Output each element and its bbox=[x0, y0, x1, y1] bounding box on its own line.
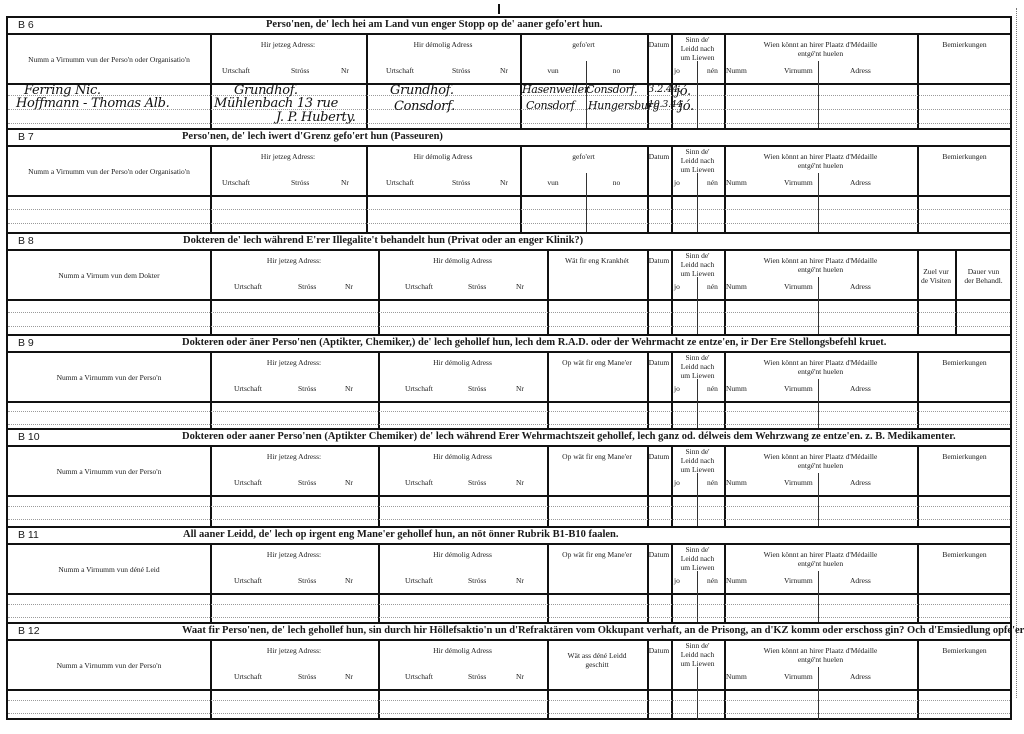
col-name: Numm a Virnumm vun der Perso'n bbox=[8, 661, 210, 670]
col-duration-1: Dauer vun bbox=[955, 267, 1012, 276]
section-b10: B 10 Dokteren oder aaner Perso'nen (Apti… bbox=[6, 428, 1012, 526]
col-medal-firstname: Virnumm bbox=[784, 178, 813, 187]
col-number: Nr bbox=[516, 282, 524, 291]
col-no: nén bbox=[707, 66, 718, 75]
col-alive-1: Sinn de' bbox=[671, 251, 724, 260]
col-alive-1: Sinn de' bbox=[671, 641, 724, 650]
col-street: Stróss bbox=[298, 384, 316, 393]
col-what-happened-2: geschitt bbox=[547, 660, 647, 669]
section-b9: B 9 Dokteren oder äner Perso'nen (Aptikt… bbox=[6, 334, 1012, 428]
col-to: no bbox=[586, 66, 647, 75]
entry-rows[interactable] bbox=[8, 301, 1010, 336]
col-name: Numm a Virnum vun dem Dokter bbox=[8, 271, 210, 280]
col-name: Numm a Virnumm vun der Perso'n bbox=[8, 373, 210, 382]
column-header: Numm a Virnumm vun der Perso'n Hir jetze… bbox=[8, 353, 1010, 403]
col-medal-surname: Numm bbox=[726, 384, 747, 393]
section-b11: B 11 All aaner Leidd, de' lech op irgent… bbox=[6, 526, 1012, 622]
entry-rows[interactable] bbox=[8, 403, 1010, 430]
col-visits-2: de Visiten bbox=[917, 276, 955, 285]
col-medal-surname: Numm bbox=[726, 178, 747, 187]
col-medal-surname: Numm bbox=[726, 672, 747, 681]
entry-2-current-street[interactable]: J. P. Huberty. bbox=[276, 110, 356, 125]
section-title: Perso'nen, de' lech hei am Land vun enge… bbox=[266, 19, 603, 30]
col-medal-1: Wien könnt an hirer Plaatz d'Médaille bbox=[724, 358, 917, 367]
col-manner: Op wät fir eng Mane'er bbox=[547, 452, 647, 461]
col-name: Numm a Virnumm vun déné Leid bbox=[8, 565, 210, 574]
col-medal-firstname: Virnumm bbox=[784, 576, 813, 585]
entry-2-date[interactable]: 10.3.44 bbox=[648, 99, 682, 110]
entry-1-former-locality[interactable]: Grundhof. bbox=[390, 83, 454, 98]
column-header: Numm a Virnumm vun der Perso'n oder Orga… bbox=[8, 147, 1010, 197]
col-date: Datum bbox=[647, 550, 671, 559]
col-number: Nr bbox=[345, 478, 353, 487]
perforation-line bbox=[1016, 8, 1018, 698]
entry-1-to[interactable]: Consdorf. bbox=[586, 83, 637, 96]
col-locality: Urtschaft bbox=[405, 478, 433, 487]
col-alive-2: Leidd nach bbox=[671, 362, 724, 371]
col-no: nén bbox=[707, 178, 718, 187]
col-alive-1: Sinn de' bbox=[671, 353, 724, 362]
col-medal-2: entgé'nt huelen bbox=[724, 559, 917, 568]
entry-1-from[interactable]: Hasenweiler bbox=[522, 83, 589, 96]
col-yes: jo bbox=[674, 478, 680, 487]
col-alive-2: Leidd nach bbox=[671, 554, 724, 563]
col-alive-1: Sinn de' bbox=[671, 545, 724, 554]
col-former-address: Hir démolig Adress bbox=[378, 550, 547, 559]
col-number: Nr bbox=[516, 478, 524, 487]
col-street: Stróss bbox=[468, 282, 486, 291]
col-medal-address: Adress bbox=[850, 576, 871, 585]
col-alive-1: Sinn de' bbox=[671, 147, 724, 156]
section-title: Dokteren oder äner Perso'nen (Aptikter, … bbox=[182, 337, 886, 348]
col-from: vun bbox=[520, 178, 586, 187]
col-number: Nr bbox=[500, 66, 508, 75]
col-locality: Urtschaft bbox=[386, 178, 414, 187]
col-no: nén bbox=[707, 576, 718, 585]
column-header: Numm a Virnumm vun der Perso'n Hir jetze… bbox=[8, 447, 1010, 497]
col-medal-2: entgé'nt huelen bbox=[724, 161, 917, 170]
col-illness: Wät fir eng Krankhét bbox=[547, 256, 647, 265]
col-street: Stróss bbox=[452, 66, 470, 75]
col-street: Stróss bbox=[468, 478, 486, 487]
entry-2-name[interactable]: Hoffmann - Thomas Alb. bbox=[16, 96, 169, 111]
col-guided: gefo'ert bbox=[520, 152, 647, 161]
col-what-happened-1: Wät ass déné Leidd bbox=[547, 651, 647, 660]
entry-2-former-locality[interactable]: Consdorf. bbox=[394, 99, 455, 114]
col-locality: Urtschaft bbox=[386, 66, 414, 75]
entry-rows: Ferring Nic. Hoffmann - Thomas Alb. Grun… bbox=[8, 85, 1010, 130]
section-b7: B 7 Perso'nen, de' lech iwert d'Grenz ge… bbox=[6, 128, 1012, 232]
col-alive-1: Sinn de' bbox=[671, 35, 724, 44]
col-manner: Op wät fir eng Mane'er bbox=[547, 358, 647, 367]
col-yes: jo bbox=[674, 384, 680, 393]
column-header: Numm a Virnumm vun der Perso'n Hir jetze… bbox=[8, 641, 1010, 691]
col-guided: gefo'ert bbox=[520, 40, 647, 49]
col-locality: Urtschaft bbox=[405, 282, 433, 291]
col-medal-2: entgé'nt huelen bbox=[724, 49, 917, 58]
entry-rows[interactable] bbox=[8, 595, 1010, 624]
entry-rows[interactable] bbox=[8, 197, 1010, 234]
entry-2-alive-yes[interactable]: jó. bbox=[679, 99, 694, 114]
col-current-address: Hir jetzeg Adress: bbox=[210, 646, 378, 655]
col-current-address: Hir jetzeg Adress: bbox=[210, 358, 378, 367]
section-b8: B 8 Dokteren de' lech während E'rer Ille… bbox=[6, 232, 1012, 334]
col-medal-surname: Numm bbox=[726, 66, 747, 75]
col-medal-2: entgé'nt huelen bbox=[724, 461, 917, 470]
col-former-address: Hir démolig Adress bbox=[366, 152, 520, 161]
col-name: Numm a Virnumm vun der Perso'n oder Orga… bbox=[8, 167, 210, 176]
col-duration-2: der Behandl. bbox=[955, 276, 1012, 285]
col-number: Nr bbox=[345, 384, 353, 393]
section-code: B 9 bbox=[18, 337, 34, 349]
col-medal-1: Wien könnt an hirer Plaatz d'Médaille bbox=[724, 646, 917, 655]
col-remarks: Bemierkungen bbox=[917, 646, 1012, 655]
col-street: Stróss bbox=[298, 576, 316, 585]
section-code: B 10 bbox=[18, 431, 40, 443]
col-no: nén bbox=[707, 478, 718, 487]
col-locality: Urtschaft bbox=[234, 384, 262, 393]
col-medal-surname: Numm bbox=[726, 576, 747, 585]
col-medal-firstname: Virnumm bbox=[784, 384, 813, 393]
section-b12: B 12 Waat fir Perso'nen, de' lech geholl… bbox=[6, 622, 1012, 720]
section-code: B 8 bbox=[18, 235, 34, 247]
col-date: Datum bbox=[647, 646, 671, 655]
col-yes: jo bbox=[674, 178, 680, 187]
col-locality: Urtschaft bbox=[234, 672, 262, 681]
col-current-address: Hir jetzeg Adress: bbox=[210, 256, 378, 265]
col-date: Datum bbox=[647, 152, 671, 161]
col-medal-2: entgé'nt huelen bbox=[724, 655, 917, 664]
col-locality: Urtschaft bbox=[222, 178, 250, 187]
page-top-mark bbox=[498, 4, 500, 14]
col-medal-address: Adress bbox=[850, 384, 871, 393]
section-code: B 12 bbox=[18, 625, 40, 637]
col-manner: Op wät fir eng Mane'er bbox=[547, 550, 647, 559]
col-date: Datum bbox=[647, 256, 671, 265]
col-number: Nr bbox=[500, 178, 508, 187]
col-name: Numm a Virnumm vun der Perso'n oder Orga… bbox=[8, 55, 210, 64]
col-number: Nr bbox=[516, 672, 524, 681]
col-remarks: Bemierkungen bbox=[917, 152, 1012, 161]
col-medal-address: Adress bbox=[850, 178, 871, 187]
col-medal-1: Wien könnt an hirer Plaatz d'Médaille bbox=[724, 256, 917, 265]
col-medal-address: Adress bbox=[850, 672, 871, 681]
col-street: Stróss bbox=[291, 66, 309, 75]
col-street: Stróss bbox=[298, 282, 316, 291]
col-locality: Urtschaft bbox=[234, 282, 262, 291]
section-code: B 6 bbox=[18, 19, 34, 31]
col-yes: jo bbox=[674, 282, 680, 291]
col-no: nén bbox=[707, 384, 718, 393]
col-current-address: Hir jetzeg Adress: bbox=[210, 452, 378, 461]
col-date: Datum bbox=[647, 358, 671, 367]
col-from: vun bbox=[520, 66, 586, 75]
col-medal-2: entgé'nt huelen bbox=[724, 367, 917, 376]
col-alive-2: Leidd nach bbox=[671, 650, 724, 659]
section-code: B 7 bbox=[18, 131, 34, 143]
col-former-address: Hir démolig Adress bbox=[378, 358, 547, 367]
col-street: Stróss bbox=[298, 478, 316, 487]
col-medal-firstname: Virnumm bbox=[784, 282, 813, 291]
col-medal-address: Adress bbox=[850, 282, 871, 291]
col-street: Stróss bbox=[468, 672, 486, 681]
col-name: Numm a Virnumm vun der Perso'n bbox=[8, 467, 210, 476]
col-number: Nr bbox=[516, 384, 524, 393]
col-remarks: Bemierkungen bbox=[917, 40, 1012, 49]
col-medal-surname: Numm bbox=[726, 282, 747, 291]
section-title: All aaner Leidd, de' lech op irgent eng … bbox=[183, 529, 618, 540]
section-code: B 11 bbox=[18, 529, 39, 541]
col-date: Datum bbox=[647, 452, 671, 461]
col-yes: jo bbox=[674, 66, 680, 75]
entry-1-alive-yes[interactable]: jó. bbox=[676, 84, 691, 99]
col-remarks: Bemierkungen bbox=[917, 550, 1012, 559]
col-yes: jo bbox=[674, 576, 680, 585]
col-medal-address: Adress bbox=[850, 66, 871, 75]
col-street: Stróss bbox=[298, 672, 316, 681]
col-former-address: Hir démolig Adress bbox=[378, 452, 547, 461]
form-page: B 6 Perso'nen, de' lech hei am Land vun … bbox=[0, 0, 1024, 734]
col-street: Stróss bbox=[468, 384, 486, 393]
col-alive-1: Sinn de' bbox=[671, 447, 724, 456]
col-remarks: Bemierkungen bbox=[917, 452, 1012, 461]
column-header: Numm a Virnum vun dem Dokter Hir jetzeg … bbox=[8, 251, 1010, 301]
col-alive-2: Leidd nach bbox=[671, 44, 724, 53]
col-no: nén bbox=[707, 282, 718, 291]
col-medal-2: entgé'nt huelen bbox=[724, 265, 917, 274]
col-locality: Urtschaft bbox=[222, 66, 250, 75]
col-medal-1: Wien könnt an hirer Plaatz d'Médaille bbox=[724, 452, 917, 461]
col-remarks: Bemierkungen bbox=[917, 358, 1012, 367]
col-number: Nr bbox=[341, 66, 349, 75]
col-date: Datum bbox=[647, 40, 671, 49]
col-medal-firstname: Virnumm bbox=[784, 66, 813, 75]
col-visits-1: Zuel vur bbox=[917, 267, 955, 276]
col-number: Nr bbox=[345, 282, 353, 291]
section-title: Dokteren oder aaner Perso'nen (Aptikter … bbox=[182, 431, 956, 442]
col-number: Nr bbox=[516, 576, 524, 585]
col-former-address: Hir démolig Adress bbox=[366, 40, 520, 49]
column-header: Numm a Virnumm vun der Perso'n oder Orga… bbox=[8, 35, 1010, 85]
col-locality: Urtschaft bbox=[405, 384, 433, 393]
col-locality: Urtschaft bbox=[405, 576, 433, 585]
entry-2-current-locality[interactable]: Mühlenbach 13 rue bbox=[214, 96, 338, 111]
col-former-address: Hir démolig Adress bbox=[378, 256, 547, 265]
entry-rows[interactable] bbox=[8, 497, 1010, 528]
col-medal-firstname: Virnumm bbox=[784, 672, 813, 681]
col-medal-firstname: Virnumm bbox=[784, 478, 813, 487]
section-b6: B 6 Perso'nen, de' lech hei am Land vun … bbox=[6, 16, 1012, 128]
col-current-address: Hir jetzeg Adress: bbox=[210, 152, 366, 161]
col-locality: Urtschaft bbox=[405, 672, 433, 681]
col-alive-2: Leidd nach bbox=[671, 260, 724, 269]
col-street: Stróss bbox=[291, 178, 309, 187]
section-title: Perso'nen, de' lech iwert d'Grenz gefo'e… bbox=[182, 131, 443, 142]
col-number: Nr bbox=[345, 576, 353, 585]
col-locality: Urtschaft bbox=[234, 576, 262, 585]
col-current-address: Hir jetzeg Adress: bbox=[210, 550, 378, 559]
col-locality: Urtschaft bbox=[234, 478, 262, 487]
col-alive-2: Leidd nach bbox=[671, 456, 724, 465]
col-medal-address: Adress bbox=[850, 478, 871, 487]
entry-rows[interactable] bbox=[8, 691, 1010, 720]
col-alive-2: Leidd nach bbox=[671, 156, 724, 165]
col-medal-1: Wien könnt an hirer Plaatz d'Médaille bbox=[724, 40, 917, 49]
section-title: Dokteren de' lech während E'rer Illegali… bbox=[183, 235, 583, 246]
column-header: Numm a Virnumm vun déné Leid Hir jetzeg … bbox=[8, 545, 1010, 595]
section-title-row: B 6 Perso'nen, de' lech hei am Land vun … bbox=[8, 18, 1010, 35]
col-medal-surname: Numm bbox=[726, 478, 747, 487]
section-title: Waat fir Perso'nen, de' lech gehollef hu… bbox=[182, 625, 1024, 636]
col-street: Stróss bbox=[468, 576, 486, 585]
col-former-address: Hir démolig Adress bbox=[378, 646, 547, 655]
col-medal-1: Wien könnt an hirer Plaatz d'Médaille bbox=[724, 152, 917, 161]
col-number: Nr bbox=[345, 672, 353, 681]
entry-2-from[interactable]: Consdorf bbox=[526, 99, 574, 112]
col-number: Nr bbox=[341, 178, 349, 187]
col-current-address: Hir jetzeg Adress: bbox=[210, 40, 366, 49]
col-to: no bbox=[586, 178, 647, 187]
col-medal-1: Wien könnt an hirer Plaatz d'Médaille bbox=[724, 550, 917, 559]
col-street: Stróss bbox=[452, 178, 470, 187]
